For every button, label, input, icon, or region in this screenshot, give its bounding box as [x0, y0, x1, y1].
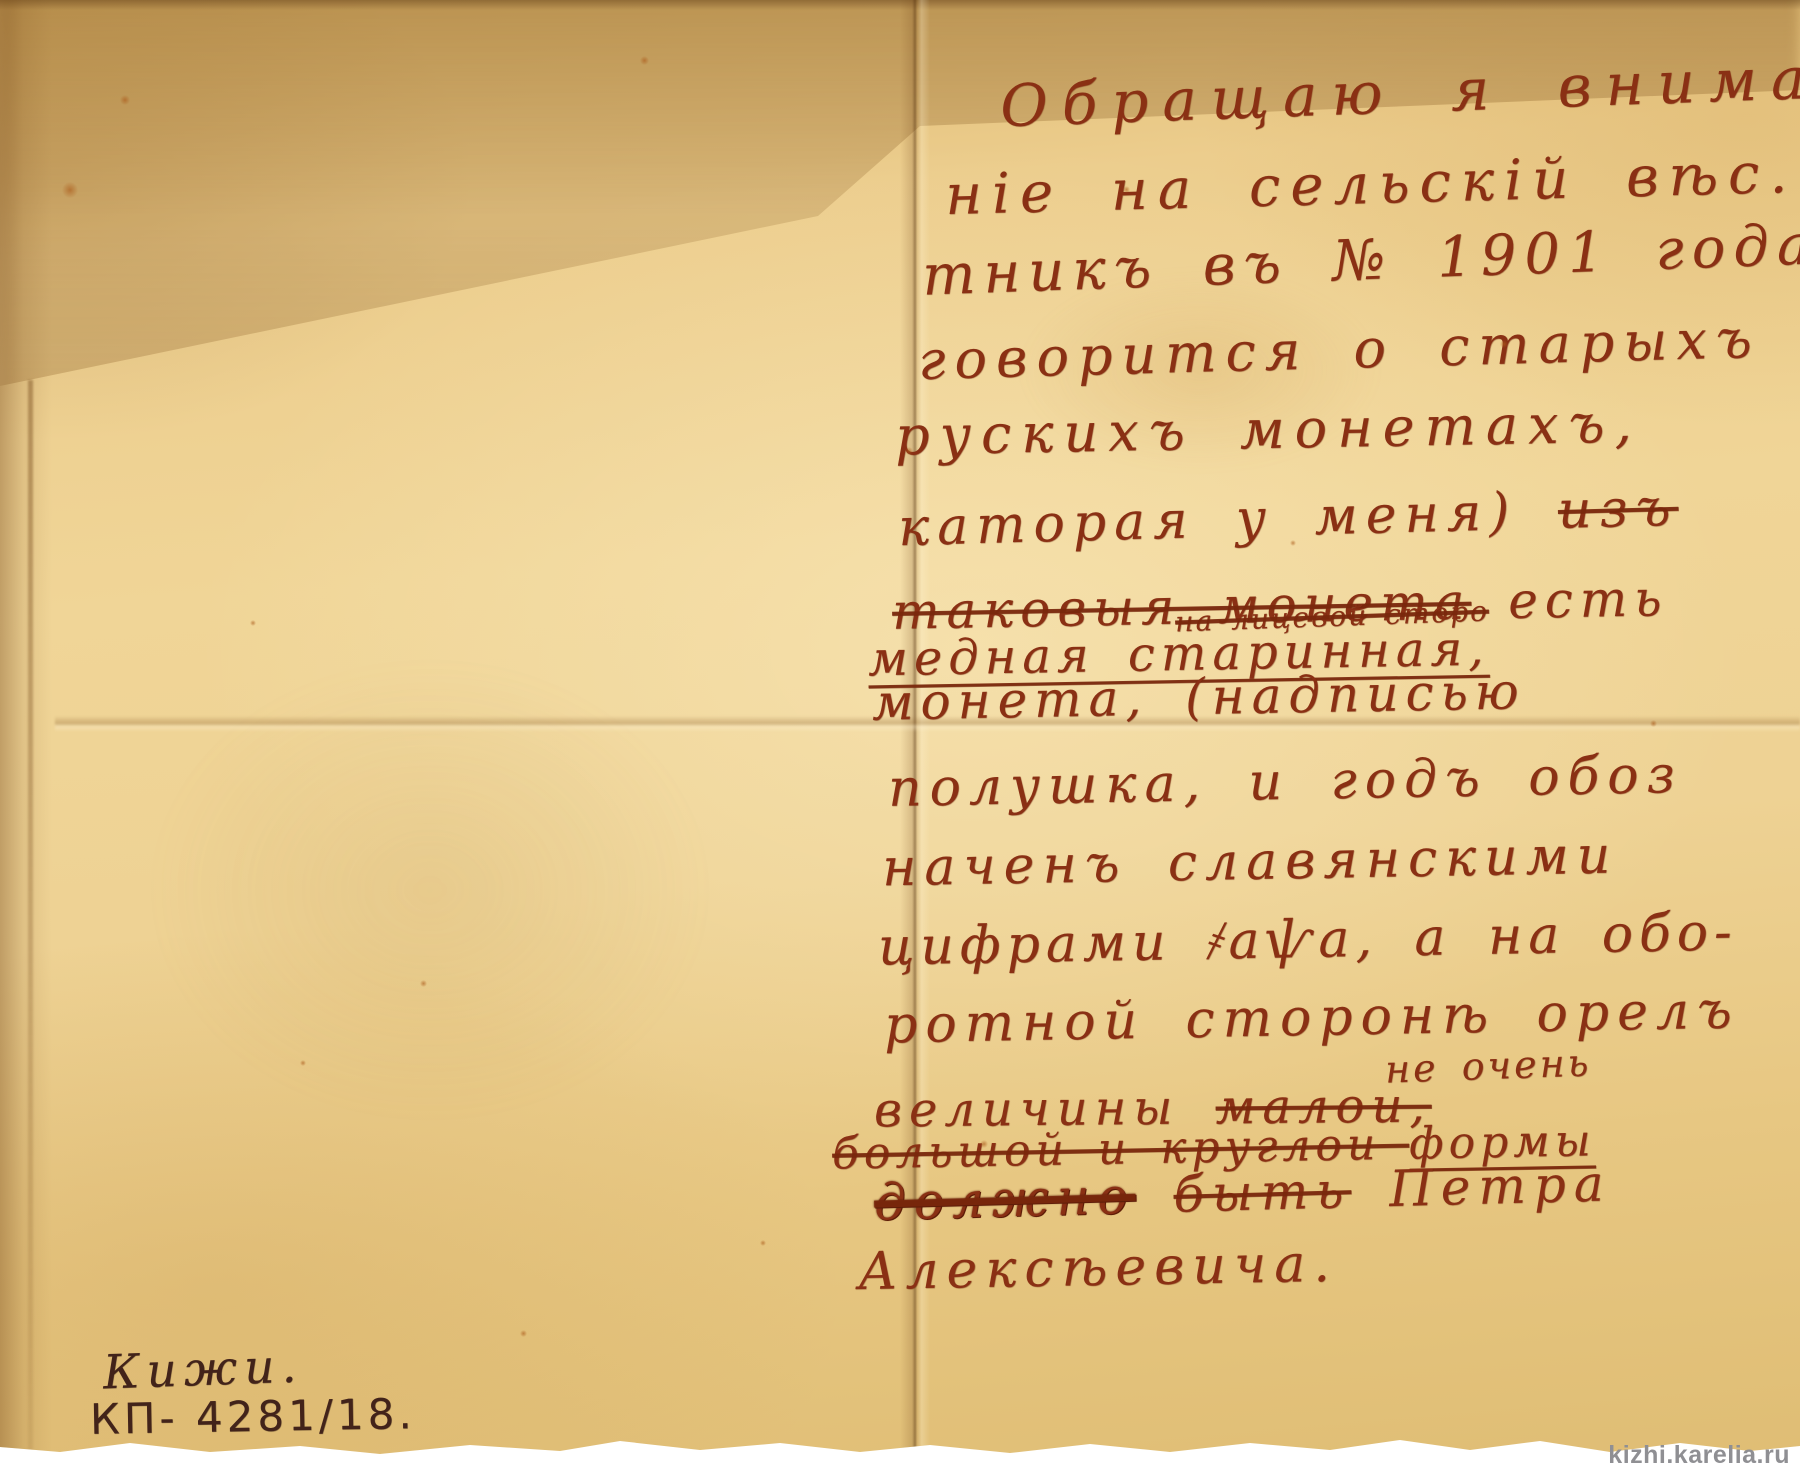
- foxing-speck: [760, 1240, 766, 1246]
- top-edge-shadow: [0, 0, 1800, 10]
- letter-segment: говорится о старыхъ: [917, 307, 1761, 392]
- letter-segment: Петра: [1351, 1154, 1613, 1219]
- foxing-speck: [250, 620, 256, 626]
- letter-segment: рускихъ монетахъ,: [895, 391, 1643, 467]
- scanned-letter-page: { "colors":{ "paper":"#eccd8d", "ink":"#…: [0, 0, 1800, 1472]
- letter-segment: изъ: [1557, 478, 1679, 541]
- letter-segment: цифрами ҂аѱа, а на обо-: [878, 903, 1739, 978]
- letter-segment: наченъ славянскими: [882, 826, 1619, 899]
- letter-segment: монета, (надписью: [872, 662, 1527, 731]
- letter-segment: ніе на сельскій вѣс.: [944, 141, 1798, 228]
- letter-segment: [1135, 1166, 1174, 1225]
- foxing-speck: [520, 1330, 527, 1337]
- left-edge-shadow: [0, 0, 52, 1455]
- letter-line-5: рускихъ монетахъ,: [895, 391, 1643, 467]
- letter-segment: должно: [873, 1167, 1136, 1232]
- letter-segment: ротной сторонѣ орелъ: [884, 981, 1741, 1056]
- bleed-through-stain: [150, 660, 710, 1120]
- letter-paper: Обращаю я вниманіе на сельскій вѣс.тникъ…: [0, 0, 1800, 1472]
- foxing-speck: [300, 1060, 306, 1066]
- letter-segment: тникъ въ № 1901 года: [921, 212, 1800, 308]
- letter-line-19: Алексѣевича.: [858, 1234, 1339, 1302]
- left-edge-crease: [28, 380, 33, 1450]
- letter-line-13: цифрами ҂аѱа, а на обо-: [878, 903, 1739, 978]
- letter-line-10: монета, (надписью: [872, 662, 1527, 731]
- letter-line-4: говорится о старыхъ: [917, 307, 1761, 392]
- letter-line-2: ніе на сельскій вѣс.: [944, 141, 1798, 228]
- letter-line-1: Обращаю я внима: [999, 44, 1800, 141]
- archive-inventory-number: КП- 4281/18.: [90, 1389, 417, 1444]
- letter-segment: есть: [1471, 569, 1669, 630]
- letter-line-6: каторая у меня) изъ: [897, 478, 1679, 558]
- letter-segment: Алексѣевича.: [858, 1234, 1339, 1302]
- foxing-speck: [1650, 720, 1657, 727]
- site-watermark: kizhi.karelia.ru: [1608, 1441, 1790, 1470]
- foxing-speck: [420, 980, 427, 987]
- letter-line-14: ротной сторонѣ орелъ: [884, 981, 1741, 1056]
- letter-segment: Обращаю я внима: [999, 44, 1800, 141]
- foxing-speck: [120, 95, 130, 105]
- letter-line-12: наченъ славянскими: [882, 826, 1619, 899]
- letter-segment: каторая у меня): [897, 481, 1558, 558]
- letter-line-3: тникъ въ № 1901 года: [921, 212, 1800, 308]
- letter-line-11: полушка, и годъ обоз: [888, 745, 1684, 819]
- letter-segment: быть: [1173, 1161, 1352, 1224]
- foxing-speck: [62, 182, 78, 198]
- foxing-speck: [640, 56, 649, 65]
- letter-segment: полушка, и годъ обоз: [888, 745, 1684, 819]
